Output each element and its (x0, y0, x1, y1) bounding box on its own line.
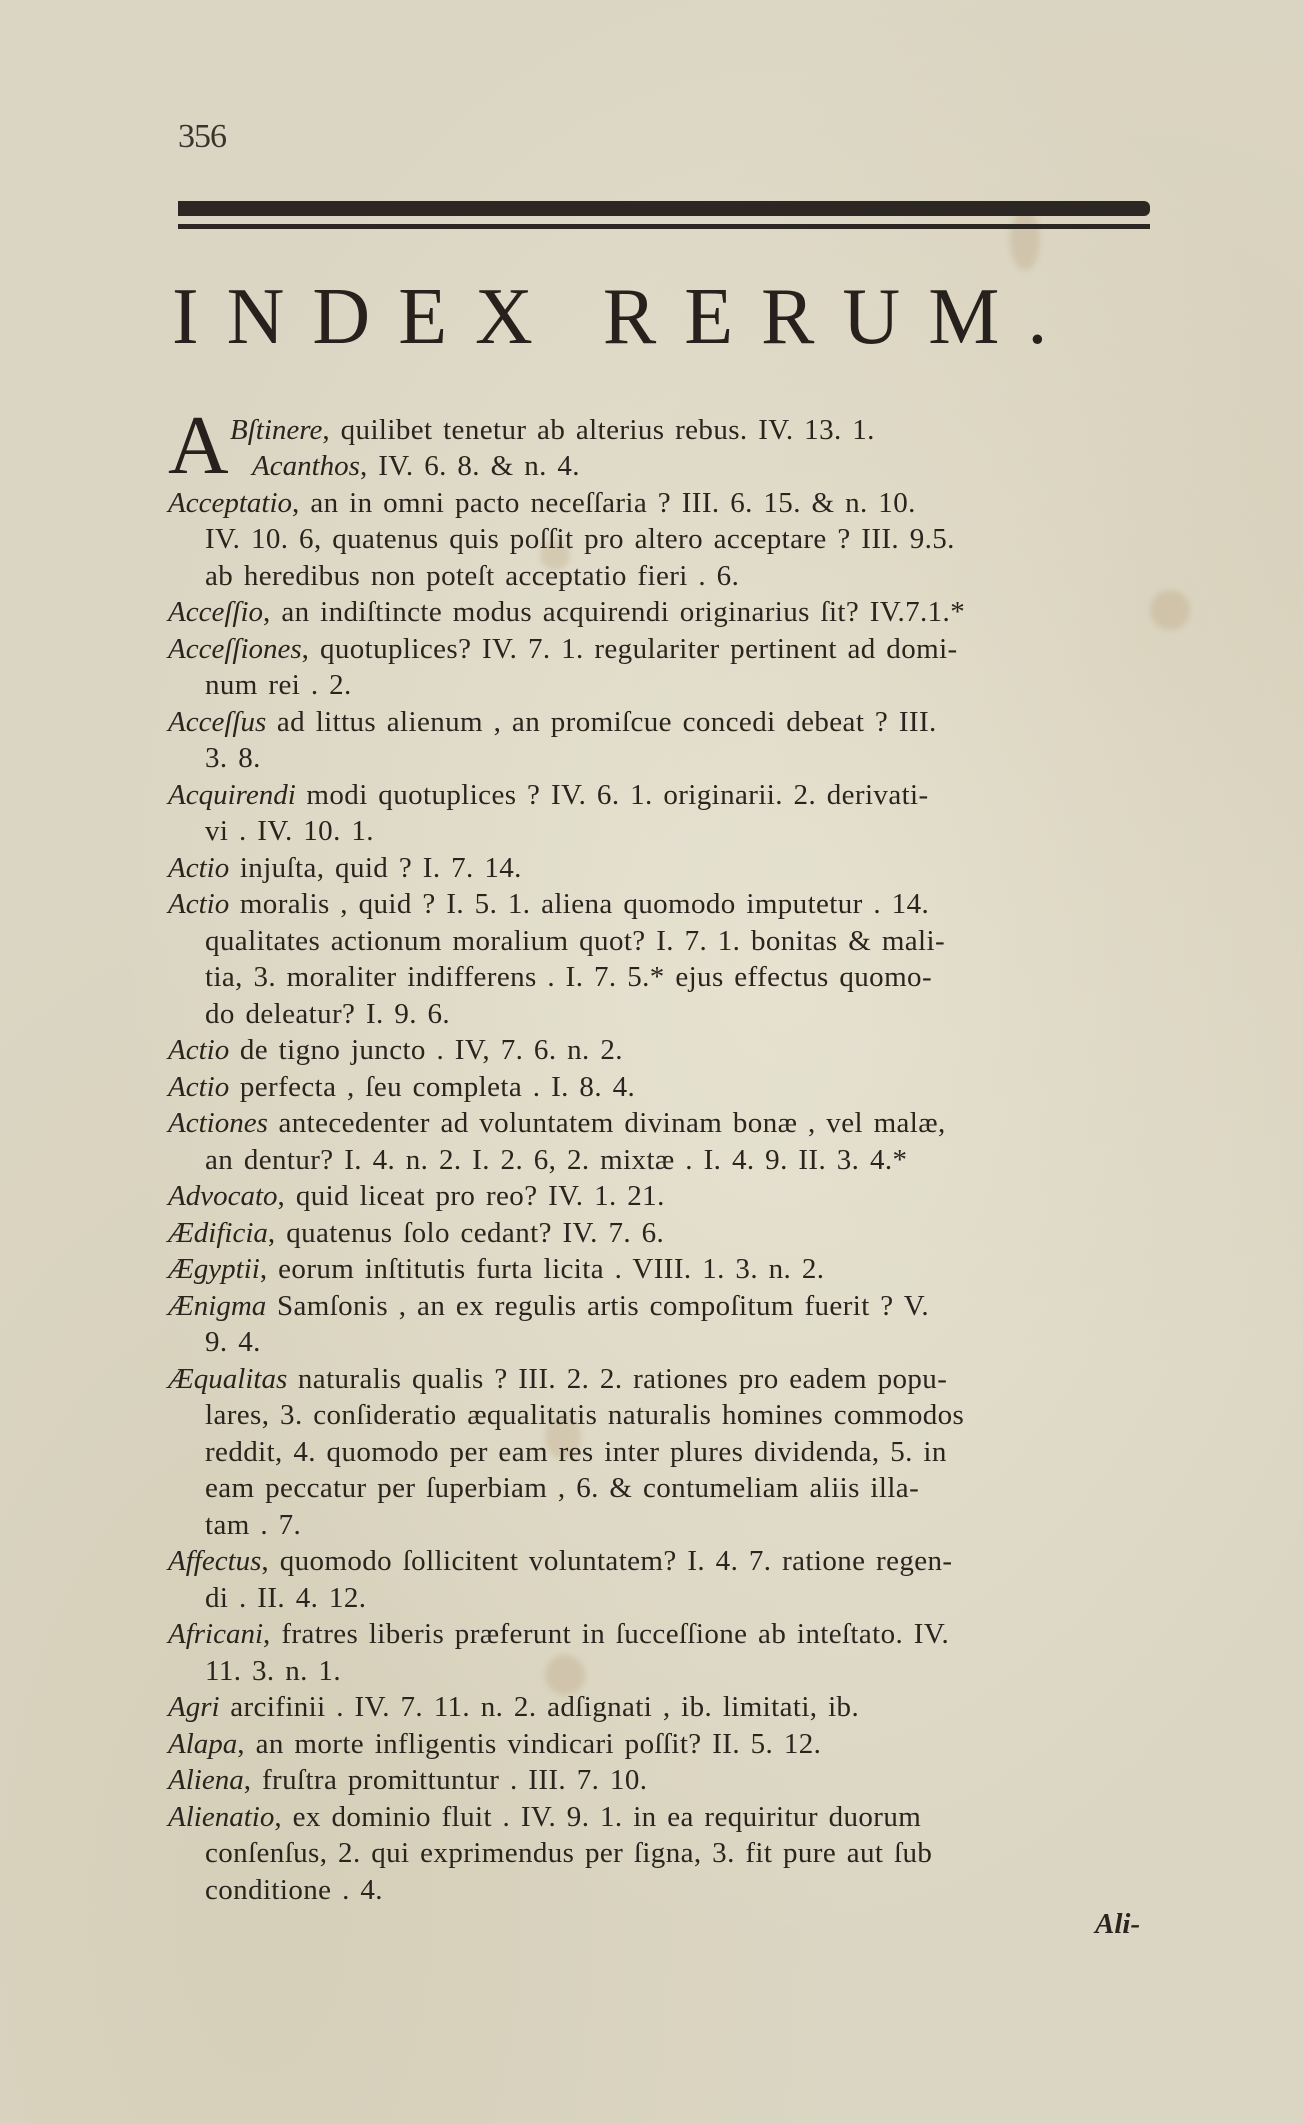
entry-text: , quatenus ſolo cedant? IV. 7. 6. (268, 1217, 664, 1249)
entry-text: Samſonis , an ex regulis artis compoſitu… (266, 1290, 929, 1322)
index-continuation-line: vi . IV. 10. 1. (205, 813, 374, 849)
entry-text: , IV. 6. 8. & n. 4. (360, 450, 580, 482)
page-number: 356 (178, 118, 226, 156)
entry-headword: Ægyptii (168, 1253, 260, 1285)
index-continuation-line: 3. 8. (205, 740, 261, 776)
index-entry-line: Ænigma Samſonis , an ex regulis artis co… (168, 1288, 929, 1324)
entry-text: , eorum inſtitutis furta licita . VIII. … (260, 1253, 825, 1285)
entry-text: , an in omni pacto neceſſaria ? III. 6. … (292, 487, 916, 519)
entry-headword: Bſtinere (230, 414, 322, 446)
entry-headword: Actio (168, 1071, 229, 1103)
entry-headword: Agri (168, 1691, 220, 1723)
entry-headword: Ænigma (168, 1290, 266, 1322)
entry-text: , quomodo ſollicitent voluntatem? I. 4. … (261, 1545, 952, 1577)
index-entry-line: Affectus, quomodo ſollicitent voluntatem… (168, 1543, 953, 1579)
entry-text: , an morte infligentis vindicari poſſit?… (237, 1728, 821, 1760)
index-entry-line: Acceptatio, an in omni pacto neceſſaria … (168, 485, 916, 521)
index-continuation-line: ab heredibus non poteſt acceptatio fieri… (205, 558, 739, 594)
index-continuation-line: IV. 10. 6, quatenus quis poſſit pro alte… (205, 521, 955, 557)
entry-text: arcifinii . IV. 7. 11. n. 2. adſignati ,… (220, 1691, 860, 1723)
title-word-1: INDEX (172, 273, 561, 361)
entry-text: IV. 10. 6, quatenus quis poſſit pro alte… (205, 523, 955, 555)
entry-headword: Ædificia (168, 1217, 268, 1249)
header-rule-thick (178, 201, 1150, 216)
entry-text: qualitates actionum moralium quot? I. 7.… (205, 925, 945, 957)
entry-text: injuſta, quid ? I. 7. 14. (229, 852, 522, 884)
entry-text: 3. 8. (205, 742, 261, 774)
entry-text: , fruſtra promittuntur . III. 7. 10. (244, 1764, 648, 1796)
index-entry-line: Ægyptii, eorum inſtitutis furta licita .… (168, 1251, 824, 1287)
index-entry-line: Africani, fratres liberis præferunt in ſ… (168, 1616, 949, 1652)
entry-headword: Advocato (168, 1180, 278, 1212)
entry-text: conſenſus, 2. qui exprimendus per ſigna,… (205, 1837, 932, 1869)
entry-text: ad littus alienum , an promiſcue concedi… (266, 706, 936, 738)
index-entry-line: Actio de tigno juncto . IV, 7. 6. n. 2. (168, 1032, 623, 1068)
drop-cap: A (168, 404, 229, 488)
index-entry-line: Actio moralis , quid ? I. 5. 1. aliena q… (168, 886, 929, 922)
index-entry-line: Agri arcifinii . IV. 7. 11. n. 2. adſign… (168, 1689, 859, 1725)
index-entry-line: Æqualitas naturalis qualis ? III. 2. 2. … (168, 1361, 947, 1397)
entry-text: vi . IV. 10. 1. (205, 815, 374, 847)
entry-headword: Actio (168, 888, 229, 920)
entry-text: , quid liceat pro reo? IV. 1. 21. (278, 1180, 665, 1212)
entry-text: ab heredibus non poteſt acceptatio fieri… (205, 560, 739, 592)
entry-headword: Aliena (168, 1764, 244, 1796)
entry-text: di . II. 4. 12. (205, 1582, 366, 1614)
entry-text: de tigno juncto . IV, 7. 6. n. 2. (229, 1034, 623, 1066)
index-entry-line: Acanthos, IV. 6. 8. & n. 4. (252, 448, 580, 484)
index-continuation-line: conditione . 4. (205, 1872, 383, 1908)
entry-text: , fratres liberis præferunt in ſucceſſio… (263, 1618, 949, 1650)
entry-text: an dentur? I. 4. n. 2. I. 2. 6, 2. mixtæ… (205, 1144, 907, 1176)
entry-text: 11. 3. n. 1. (205, 1655, 341, 1687)
entry-text: conditione . 4. (205, 1874, 383, 1906)
index-entry-line: Actio injuſta, quid ? I. 7. 14. (168, 850, 522, 886)
entry-headword: Acceſſus (168, 706, 266, 738)
entry-text: tam . 7. (205, 1509, 301, 1541)
index-entry-line: Acquirendi modi quotuplices ? IV. 6. 1. … (168, 777, 929, 813)
index-entry-line: Advocato, quid liceat pro reo? IV. 1. 21… (168, 1178, 665, 1214)
index-continuation-line: qualitates actionum moralium quot? I. 7.… (205, 923, 945, 959)
index-entry-line: Alienatio, ex dominio fluit . IV. 9. 1. … (168, 1799, 921, 1835)
index-entry-line: Actiones antecedenter ad voluntatem divi… (168, 1105, 946, 1141)
index-entry-line: Bſtinere, quilibet tenetur ab alterius r… (230, 412, 875, 448)
entry-text: perfecta , ſeu completa . I. 8. 4. (229, 1071, 635, 1103)
entry-text: , ex dominio fluit . IV. 9. 1. in ea req… (274, 1801, 921, 1833)
entry-headword: Actio (168, 1034, 229, 1066)
entry-headword: Æqualitas (168, 1363, 287, 1395)
index-entry-line: Acceſſus ad littus alienum , an promiſcu… (168, 704, 937, 740)
entry-text: moralis , quid ? I. 5. 1. aliena quomodo… (229, 888, 929, 920)
index-continuation-line: conſenſus, 2. qui exprimendus per ſigna,… (205, 1835, 932, 1871)
index-entry-line: Ædificia, quatenus ſolo cedant? IV. 7. 6… (168, 1215, 664, 1251)
paper-stain (1010, 210, 1040, 270)
index-continuation-line: lares, 3. conſideratio æqualitatis natur… (205, 1397, 964, 1433)
index-entry-line: Alapa, an morte infligentis vindicari po… (168, 1726, 821, 1762)
entry-text: , quilibet tenetur ab alterius rebus. IV… (322, 414, 874, 446)
index-entry-line: Acceſſio, an indiſtincte modus acquirend… (168, 594, 965, 630)
entry-headword: Acceſſio (168, 596, 263, 628)
paper-stain (1150, 590, 1190, 630)
entry-headword: Affectus (168, 1545, 261, 1577)
entry-headword: Africani (168, 1618, 263, 1650)
entry-text: , quotuplices? IV. 7. 1. regulariter per… (302, 633, 958, 665)
entry-headword: Acanthos (252, 450, 360, 482)
entry-headword: Acceptatio (168, 487, 292, 519)
entry-text: naturalis qualis ? III. 2. 2. rationes p… (287, 1363, 947, 1395)
page-title: INDEXRERUM. (172, 272, 1202, 362)
entry-text: antecedenter ad voluntatem divinam bonæ … (268, 1107, 946, 1139)
entry-headword: Alienatio (168, 1801, 274, 1833)
index-entry-line: Acceſſiones, quotuplices? IV. 7. 1. regu… (168, 631, 958, 667)
entry-text: lares, 3. conſideratio æqualitatis natur… (205, 1399, 964, 1431)
entry-text: modi quotuplices ? IV. 6. 1. originarii.… (296, 779, 929, 811)
index-continuation-line: num rei . 2. (205, 667, 352, 703)
entry-headword: Alapa (168, 1728, 237, 1760)
index-continuation-line: di . II. 4. 12. (205, 1580, 366, 1616)
index-continuation-line: an dentur? I. 4. n. 2. I. 2. 6, 2. mixtæ… (205, 1142, 907, 1178)
entry-text: num rei . 2. (205, 669, 352, 701)
header-rule-thin (178, 224, 1150, 229)
index-entry-line: Actio perfecta , ſeu completa . I. 8. 4. (168, 1069, 635, 1105)
entry-text: do deleatur? I. 9. 6. (205, 998, 450, 1030)
title-word-2: RERUM. (603, 273, 1076, 361)
index-continuation-line: 9. 4. (205, 1324, 261, 1360)
book-page: 356 INDEXRERUM. A Bſtinere, quilibet ten… (0, 0, 1303, 2124)
index-continuation-line: do deleatur? I. 9. 6. (205, 996, 450, 1032)
index-entry-line: Aliena, fruſtra promittuntur . III. 7. 1… (168, 1762, 647, 1798)
entry-headword: Acquirendi (168, 779, 296, 811)
entry-headword: Actio (168, 852, 229, 884)
catchword: Ali- (1095, 1908, 1140, 1941)
index-continuation-line: tam . 7. (205, 1507, 301, 1543)
index-continuation-line: 11. 3. n. 1. (205, 1653, 341, 1689)
entry-text: 9. 4. (205, 1326, 261, 1358)
entry-text: reddit, 4. quomodo per eam res inter plu… (205, 1436, 947, 1468)
entry-headword: Actiones (168, 1107, 268, 1139)
entry-headword: Acceſſiones (168, 633, 302, 665)
entry-text: , an indiſtincte modus acquirendi origin… (263, 596, 965, 628)
index-continuation-line: reddit, 4. quomodo per eam res inter plu… (205, 1434, 947, 1470)
index-continuation-line: tia, 3. moraliter indifferens . I. 7. 5.… (205, 959, 932, 995)
entry-text: tia, 3. moraliter indifferens . I. 7. 5.… (205, 961, 932, 993)
index-continuation-line: eam peccatur per ſuperbiam , 6. & contum… (205, 1470, 919, 1506)
entry-text: eam peccatur per ſuperbiam , 6. & contum… (205, 1472, 919, 1504)
